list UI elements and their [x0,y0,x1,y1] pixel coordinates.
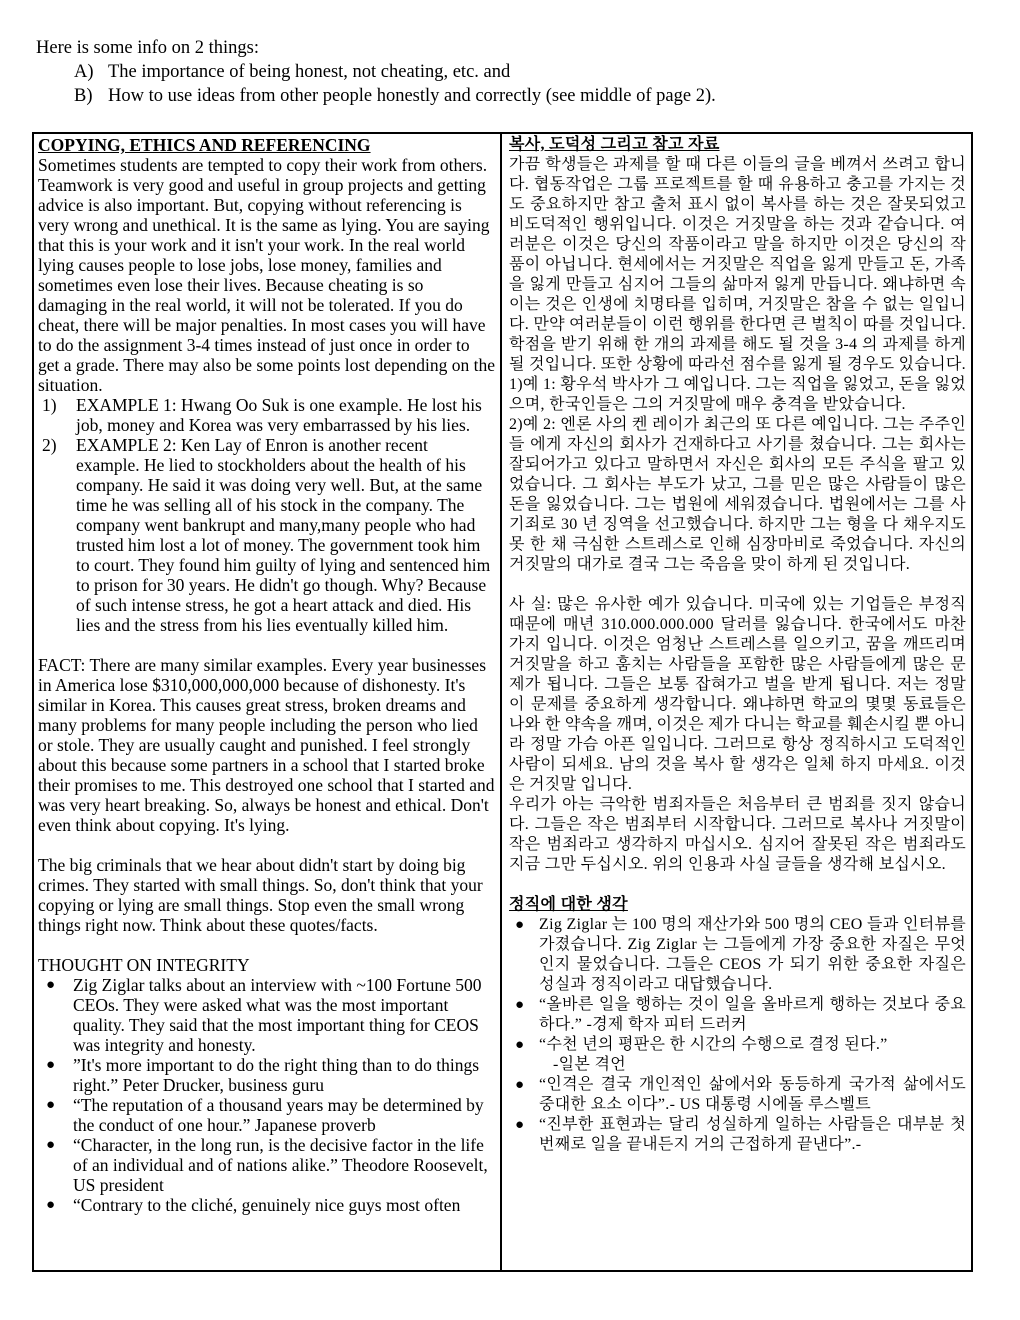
korean-example-2: 2)예 2: 엔론 사의 켄 레이가 최근의 또 다른 예입니다. 그는 주주인… [509,415,966,575]
english-bullet-3: ● “The reputation of a thousand years ma… [38,1095,495,1135]
english-bullet-4: ● “Character, in the long run, is the de… [38,1135,495,1195]
intro-heading: Here is some info on 2 things: [36,36,986,60]
korean-bullet-1: ● Zig Ziglar 는 100 명의 재산가와 500 명의 CEO 들과… [509,915,966,995]
korean-bullet-5-text: “진부한 표현과는 달리 성실하게 일하는 사람들은 대부분 첫 번째로 일을 … [539,1115,966,1155]
korean-bullet-2-text: “올바른 일을 행하는 것이 일을 올바르게 행하는 것보다 중요하다.” -경… [539,995,966,1035]
korean-column: 복사, 도덕성 그리고 참고 자료 가끔 학생들은 과제를 할 때 다른 이들의… [502,134,971,1270]
intro-item-b-marker: B) [74,84,108,108]
korean-thought-title: 정직에 대한 생각 [509,895,966,915]
bullet-icon: ● [38,975,73,1055]
english-intro-paragraph: Sometimes students are tempted to copy t… [38,155,495,395]
english-bullet-4-text: “Character, in the long run, is the deci… [73,1135,495,1195]
bullet-icon: ● [509,915,539,995]
intro-section: Here is some info on 2 things: A) The im… [36,36,986,108]
intro-item-a: A) The importance of being honest, not c… [36,60,986,84]
english-example-1: 1) EXAMPLE 1: Hwang Oo Suk is one exampl… [38,395,495,435]
korean-example-1: 1)예 1: 황우석 박사가 그 예입니다. 그는 직업을 잃었고, 돈을 잃었… [509,375,966,415]
intro-item-a-marker: A) [74,60,108,84]
korean-criminals-paragraph: 우리가 아는 극악한 범죄자들은 처음부터 큰 범죄를 짓지 않습니다. 그들은… [509,795,966,875]
example-1-text: EXAMPLE 1: Hwang Oo Suk is one example. … [76,395,495,435]
english-bullet-1-text: Zig Ziglar talks about an interview with… [73,975,495,1055]
example-2-marker: 2) [38,435,76,635]
two-column-table: COPYING, ETHICS AND REFERENCING Sometime… [32,132,973,1272]
korean-bullet-4: ● “인격은 결국 개인적인 삶에서와 동등하게 국가적 삶에서도 중대한 요소… [509,1075,966,1115]
english-example-2: 2) EXAMPLE 2: Ken Lay of Enron is anothe… [38,435,495,635]
intro-item-b-text: How to use ideas from other people hones… [108,84,716,108]
bullet-icon: ● [509,1035,539,1075]
bullet-icon: ● [509,1075,539,1115]
english-title: COPYING, ETHICS AND REFERENCING [38,135,495,155]
english-criminals-paragraph: The big criminals that we hear about did… [38,855,495,935]
english-bullet-3-text: “The reputation of a thousand years may … [73,1095,495,1135]
english-bullet-5-text: “Contrary to the cliché, genuinely nice … [73,1195,495,1215]
korean-title: 복사, 도덕성 그리고 참고 자료 [509,135,966,155]
korean-bullet-3-attribution: -일본 격언 [539,1055,966,1075]
korean-bullet-5: ● “진부한 표현과는 달리 성실하게 일하는 사람들은 대부분 첫 번째로 일… [509,1115,966,1155]
bullet-icon: ● [509,995,539,1035]
english-thought-title: THOUGHT ON INTEGRITY [38,955,495,975]
korean-bullet-3: ● “수천 년의 평판은 한 시간의 수행으로 결정 된다.”-일본 격언 [509,1035,966,1075]
bullet-icon: ● [38,1095,73,1135]
intro-item-b: B) How to use ideas from other people ho… [36,84,986,108]
bullet-icon: ● [38,1055,73,1095]
intro-item-a-text: The importance of being honest, not chea… [108,60,510,84]
example-1-marker: 1) [38,395,76,435]
english-fact-paragraph: FACT: There are many similar examples. E… [38,655,495,835]
korean-intro-paragraph: 가끔 학생들은 과제를 할 때 다른 이들의 글을 베껴서 쓰려고 합니다. 협… [509,155,966,375]
korean-bullet-2: ● “올바른 일을 행하는 것이 일을 올바르게 행하는 것보다 중요하다.” … [509,995,966,1035]
bullet-icon: ● [509,1115,539,1155]
example-2-text: EXAMPLE 2: Ken Lay of Enron is another r… [76,435,495,635]
english-bullet-2-text: ”It's more important to do the right thi… [73,1055,495,1095]
korean-bullet-3-quote: “수천 년의 평판은 한 시간의 수행으로 결정 된다.” [539,1036,888,1053]
korean-bullet-1-text: Zig Ziglar 는 100 명의 재산가와 500 명의 CEO 들과 인… [539,915,966,995]
bullet-icon: ● [38,1135,73,1195]
bullet-icon: ● [38,1195,73,1215]
english-bullet-2: ● ”It's more important to do the right t… [38,1055,495,1095]
korean-bullet-3-text: “수천 년의 평판은 한 시간의 수행으로 결정 된다.”-일본 격언 [539,1035,966,1075]
english-bullet-5: ● “Contrary to the cliché, genuinely nic… [38,1195,495,1215]
english-bullet-1: ● Zig Ziglar talks about an interview wi… [38,975,495,1055]
korean-fact-paragraph: 사 실: 많은 유사한 예가 있습니다. 미국에 있는 기업들은 부정직 때문에… [509,595,966,795]
english-column: COPYING, ETHICS AND REFERENCING Sometime… [34,134,502,1270]
korean-bullet-4-text: “인격은 결국 개인적인 삶에서와 동등하게 국가적 삶에서도 중대한 요소 이… [539,1075,966,1115]
